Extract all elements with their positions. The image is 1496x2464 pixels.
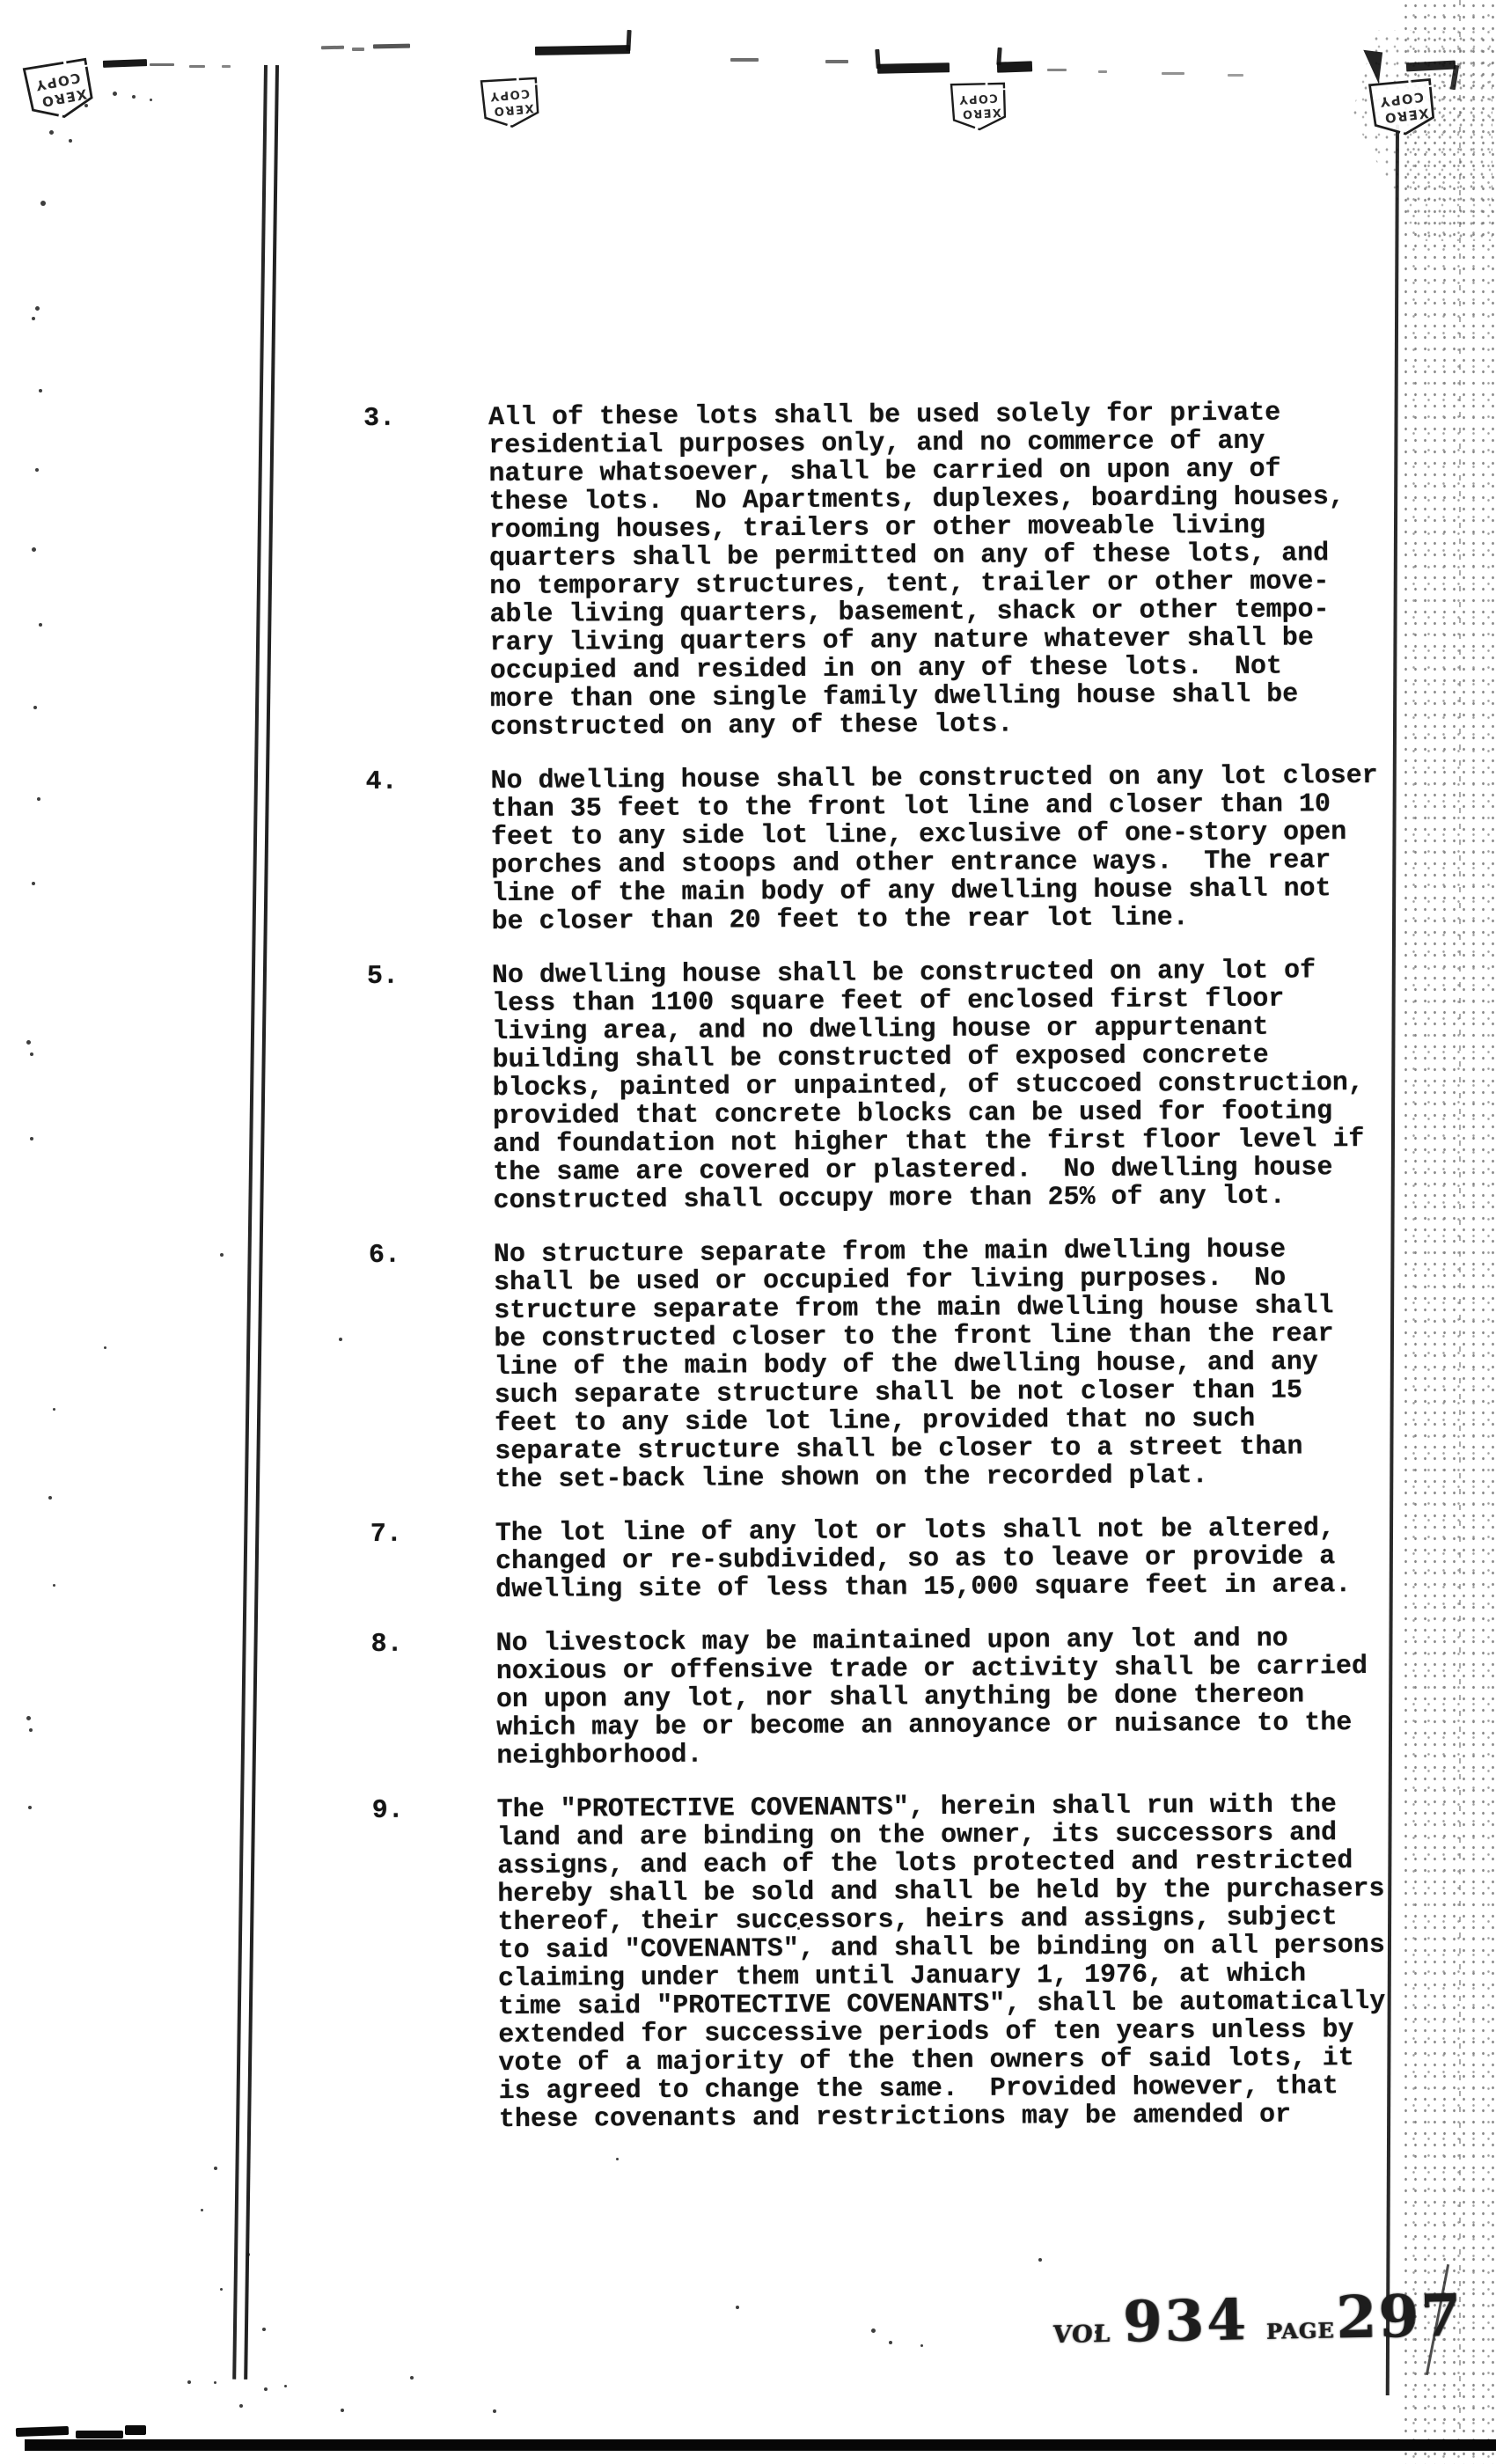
bottom-edge-blob [76,2431,123,2438]
paragraph-number: 6. [369,1241,495,1495]
ink-speck [341,2409,344,2412]
paragraph-lines: No structure separate from the main dwel… [494,1236,1335,1494]
xero-copy-stamp: XERO COPY [1364,76,1441,148]
bottom-edge-blob [16,2426,69,2437]
ink-speck [32,547,36,552]
ink-speck [1038,2258,1042,2262]
ink-speck [35,468,39,472]
scan-artifact [352,48,364,51]
ink-speck [84,104,88,107]
ink-speck [40,201,46,206]
paragraph-number: 9. [372,1796,499,2135]
paragraph-3: 3.All of these lots shall be used solely… [363,399,1377,743]
ink-speck [410,2376,414,2380]
xero-copy-stamp: XERO COPY [18,55,102,133]
paragraph-lines: No dwelling house shall be constructed o… [491,762,1379,936]
page-number: 297 [1336,2281,1463,2351]
ink-speck [28,1806,32,1809]
ink-speck [736,2306,739,2309]
paragraph-lines: No livestock may be maintained upon any … [496,1624,1368,1771]
ink-speck [150,99,152,101]
paragraph-7: 7.The lot line of any lot or lots shall … [370,1514,1383,1605]
vol-page-stamp: VOL 934 PAGE 297 [1052,2281,1463,2357]
scan-artifact [877,62,950,73]
scan-artifact [1228,74,1243,77]
scan-artifact [730,58,759,62]
xero-copy-stamp-icon: XERO COPY [18,55,101,128]
paragraph-lines: All of these lots shall be used solely f… [488,399,1346,742]
svg-text:XERO COPY: XERO COPY [955,91,1001,121]
ink-speck [39,389,42,392]
covenant-paragraphs: 3.All of these lots shall be used solely… [363,399,1386,2160]
scan-artifact [1162,72,1184,75]
vol-number: 934 [1122,2287,1249,2355]
ink-speck [187,2380,191,2384]
scan-artifact [997,61,1032,72]
paragraph-number: 3. [363,404,490,743]
ink-speck [26,1716,31,1720]
text-line: which may be or become an annoyance or n… [496,1709,1368,1742]
scan-artifact [626,30,631,51]
scan-artifact [825,60,848,63]
page-label: PAGE [1266,2317,1335,2343]
ink-speck [30,1052,33,1056]
paragraph-8: 8.No livestock may be maintained upon an… [371,1624,1384,1771]
scan-artifact [535,45,630,55]
xero-copy-stamp-icon: XERO COPY [946,80,1010,135]
scan-artifact [222,65,231,68]
text-line: be closer than 20 feet to the rear lot l… [491,903,1378,936]
ink-speck [33,706,37,709]
ink-speck [53,1584,55,1587]
xero-copy-stamp-icon: XERO COPY [1364,76,1441,143]
ink-speck [264,2387,268,2391]
ink-speck [26,1040,31,1045]
text-line: separate structure shall be closer to a … [495,1433,1334,1466]
vol-label: VOL [1052,2321,1111,2349]
ink-speck [132,95,136,99]
svg-text:XERO COPY: XERO COPY [1375,89,1429,127]
scan-artifact [321,46,344,49]
bottom-edge-blob [125,2425,146,2435]
ink-speck [69,139,72,143]
left-fold-line [232,65,279,2380]
paragraph-6: 6.No structure separate from the main dw… [369,1236,1382,1495]
right-fold-line [1386,125,1399,2395]
ink-speck [39,623,42,627]
paragraph-number: 7. [370,1520,496,1605]
text-line: dwelling site of less than 15,000 square… [495,1571,1351,1604]
paragraph-lines: No dwelling house shall be constructed o… [492,957,1365,1215]
scan-artifact [373,44,410,49]
ink-speck [1095,2330,1098,2334]
ink-speck [616,2158,619,2160]
paragraph-4: 4.No dwelling house shall be constructed… [366,762,1379,937]
scanned-page: XERO COPY XERO COPY XERO COPY XERO COPY … [0,0,1496,2464]
text-line: constructed on any of these lots. [490,708,1346,742]
text-line: the set-back line shown on the recorded … [495,1461,1334,1494]
ink-speck [220,1253,224,1257]
paragraph-lines: The "PROTECTIVE COVENANTS", herein shall… [497,1791,1386,2134]
scan-artifact [1098,70,1107,73]
ink-speck [37,797,40,801]
ink-speck [49,130,54,135]
ink-speck [493,2409,496,2413]
text-line: line of the main body of any dwelling ho… [491,875,1378,908]
ink-speck [32,317,35,320]
ink-speck [32,882,35,885]
paragraph-number: 5. [367,962,494,1216]
ink-speck [262,2328,266,2331]
scan-artifact [189,65,205,68]
ink-speck [30,1137,33,1140]
scan-artifact [103,59,147,68]
ink-speck [284,2385,287,2387]
scan-artifact-wedge [1360,50,1382,84]
halftone-right-margin [1401,0,1496,2464]
ink-speck [920,2344,923,2347]
text-line: constructed shall occupy more than 25% o… [493,1182,1364,1215]
ink-speck [214,2167,217,2170]
paragraph-5: 5.No dwelling house shall be constructed… [367,957,1381,1216]
paragraph-9: 9.The "PROTECTIVE COVENANTS", herein sha… [372,1791,1386,2135]
right-faint-line [1459,0,1461,2429]
ink-speck [53,1408,55,1411]
scan-artifact [150,63,174,66]
ink-speck [239,2404,243,2408]
ink-speck [214,2381,216,2384]
ink-speck [339,1338,342,1341]
ink-speck [201,2209,203,2211]
ink-speck [104,1346,106,1349]
ink-speck [35,306,40,311]
xero-copy-stamp: XERO COPY [946,80,1010,139]
bottom-edge-line [25,2439,1496,2451]
paragraph-number: 8. [371,1630,497,1771]
scan-artifact [875,49,881,69]
ink-speck [220,2288,223,2291]
paragraph-number: 4. [366,767,492,937]
xero-copy-stamp-icon: XERO COPY [476,75,544,134]
ink-speck [246,2253,250,2256]
ink-speck [113,92,117,96]
ink-speck [797,1927,800,1930]
paragraph-lines: The lot line of any lot or lots shall no… [495,1514,1352,1604]
ink-speck [29,1728,33,1732]
ink-speck [48,1496,52,1500]
scan-artifact [1047,69,1067,71]
ink-speck [889,2341,892,2344]
text-line: neighborhood. [496,1737,1368,1771]
xero-copy-stamp: XERO COPY [476,75,545,138]
ink-speck [871,2328,876,2333]
text-line: more than one single family dwelling hou… [490,680,1346,714]
text-line: these covenants and restrictions may be … [499,2101,1386,2134]
